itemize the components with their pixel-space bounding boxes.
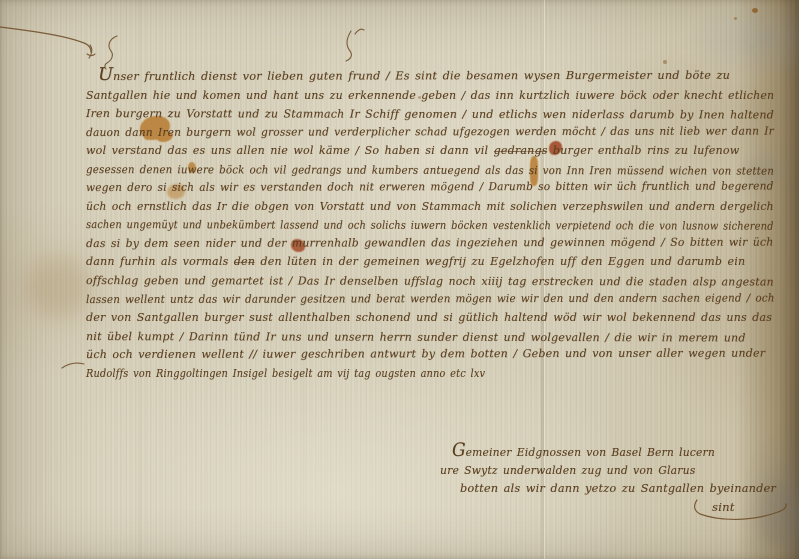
letter-body: Unser fruntlich dienst vor lieben guten … (86, 66, 776, 383)
letter-line: Santgallen hie und komen und hant uns zu… (86, 87, 767, 106)
letter-line: Unser fruntlich dienst vor lieben guten … (98, 65, 786, 87)
signature-line: ure Swytz underwalden zug und von Glarus (440, 461, 752, 479)
paper-smudge (26, 256, 90, 318)
letter-line: der von Santgallen burger sust allenthal… (86, 309, 774, 328)
letter-line: lassen wellent untz das wir darunder ges… (86, 289, 730, 309)
paper-fleck (734, 17, 737, 20)
letter-line: dauon dann Iren burgern wol grosser und … (86, 122, 747, 142)
top-left-flourish-stroke (0, 27, 91, 52)
signature-block: Gemeiner Eidgnossen von Basel Bern lucer… (440, 442, 776, 516)
signature-line: Gemeiner Eidgnossen von Basel Bern lucer… (452, 442, 752, 461)
signature-line: botten als wir dann yetzo zu Santgallen … (460, 479, 768, 497)
letter-line: üch och verdienen wellent // iuwer gesch… (86, 345, 774, 365)
signature-line: sint (712, 498, 776, 516)
paper-fleck (752, 8, 758, 13)
letter-line: das si by dem seen nider und der murrenh… (86, 233, 763, 253)
top-center-mark (346, 29, 364, 61)
letter-line: wegen dero si sich als wir es verstanden… (86, 178, 744, 198)
letter-line: wol verstand das es uns allen nie wol kä… (86, 142, 774, 161)
letter-line: Rudolffs von Ringgoltingen Insigel besig… (86, 365, 692, 384)
letter-line: üch och ernstlich das Ir die obgen von V… (86, 198, 757, 217)
paper-fleck (663, 60, 667, 64)
manuscript-scan: Unser fruntlich dienst vor lieben guten … (0, 0, 799, 559)
top-left-flourish-hook (87, 45, 95, 58)
margin-dash (62, 363, 84, 368)
letter-line: dann furhin als vormals d̶e̶n̶ den lüten… (86, 253, 774, 272)
